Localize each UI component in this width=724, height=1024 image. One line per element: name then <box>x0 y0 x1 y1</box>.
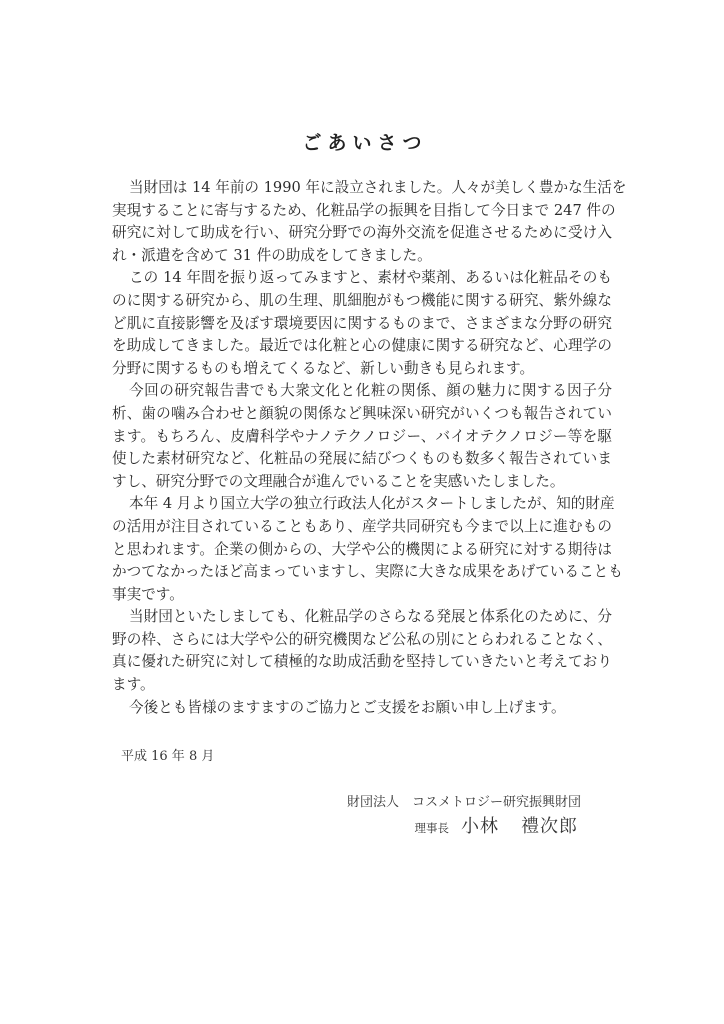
text-line: を助成してきました。最近では化粧と心の健康に関する研究など、心理学の <box>112 335 612 358</box>
text-line: の活用が注目されていることもあり、産学共同研究も今まで以上に進むもの <box>112 516 612 539</box>
signature-organization: 財団法人 コスメトロジー研究振興財団 <box>347 791 579 810</box>
paragraph-1: 当財団は 14 年前の 1990 年に設立されました。人々が美しく豊かな生活を … <box>112 177 612 267</box>
text-line: ど肌に直接影響を及ぼす環境要因に関するものまで、さまざまな分野の研究 <box>112 313 612 336</box>
document-page: ごあいさつ 当財団は 14 年前の 1990 年に設立されました。人々が美しく豊… <box>0 0 724 1024</box>
date-line: 平成 16 年 8 月 <box>121 745 214 764</box>
paragraph-2: この 14 年間を振り返ってみますと、素材や薬剤、あるいは化粧品そのも のに関す… <box>112 267 612 380</box>
paragraph-6: 今後とも皆様のますますのご協力とご支援をお願い申し上げます。 <box>112 697 612 720</box>
text-line: 今後とも皆様のますますのご協力とご支援をお願い申し上げます。 <box>112 697 612 720</box>
signature-person: 理事長小林禮次郎 <box>415 812 579 838</box>
text-line: 事実です。 <box>112 584 612 607</box>
signature-family-name: 小林 <box>461 816 499 837</box>
text-line: 分野に関するものも増えてくるなど、新しい動きも見られます。 <box>112 358 612 381</box>
text-line: 析、歯の噛み合わせと顔貌の関係など興味深い研究がいくつも報告されてい <box>112 403 612 426</box>
signature-given-name: 禮次郎 <box>521 816 578 837</box>
paragraph-5: 当財団といたしましても、化粧品学のさらなる発展と体系化のために、分 野の枠、さら… <box>112 606 612 696</box>
text-line: かつてなかったほど高まっていますし、実際に大きな成果をあげていることも <box>112 561 612 584</box>
text-line: 当財団は 14 年前の 1990 年に設立されました。人々が美しく豊かな生活を <box>112 177 612 200</box>
text-line: 実現することに寄与するため、化粧品学の振興を目指して今日まで 247 件の <box>112 200 612 223</box>
text-line: この 14 年間を振り返ってみますと、素材や薬剤、あるいは化粧品そのも <box>112 267 612 290</box>
text-line: れ・派遣を含めて 31 件の助成をしてきました。 <box>112 245 612 268</box>
signature-role: 理事長 <box>415 821 450 835</box>
paragraph-3: 今回の研究報告書でも大衆文化と化粧の関係、顔の魅力に関する因子分 析、歯の噛み合… <box>112 380 612 493</box>
text-line: 野の枠、さらには大学や公的研究機関など公私の別にとらわれることなく、 <box>112 629 612 652</box>
text-line: 今回の研究報告書でも大衆文化と化粧の関係、顔の魅力に関する因子分 <box>112 380 612 403</box>
text-line: 真に優れた研究に対して積極的な助成活動を堅持していきたいと考えており <box>112 651 612 674</box>
text-line: 本年 4 月より国立大学の独立行政法人化がスタートしましたが、知的財産 <box>112 493 612 516</box>
page-title: ごあいさつ <box>0 128 724 155</box>
text-line: すし、研究分野での文理融合が進んでいることを実感いたしました。 <box>112 471 612 494</box>
text-line: ます。 <box>112 674 612 697</box>
greeting-body: 当財団は 14 年前の 1990 年に設立されました。人々が美しく豊かな生活を … <box>112 177 612 719</box>
text-line: と思われます。企業の側からの、大学や公的機関による研究に対する期待は <box>112 539 612 562</box>
text-line: 使した素材研究など、化粧品の発展に結びつくものも数多く報告されていま <box>112 448 612 471</box>
text-line: 当財団といたしましても、化粧品学のさらなる発展と体系化のために、分 <box>112 606 612 629</box>
text-line: 研究に対して助成を行い、研究分野での海外交流を促進させるために受け入 <box>112 222 612 245</box>
text-line: のに関する研究から、肌の生理、肌細胞がもつ機能に関する研究、紫外線な <box>112 290 612 313</box>
text-line: ます。もちろん、皮膚科学やナノテクノロジー、バイオテクノロジー等を駆 <box>112 426 612 449</box>
paragraph-4: 本年 4 月より国立大学の独立行政法人化がスタートしましたが、知的財産 の活用が… <box>112 493 612 606</box>
